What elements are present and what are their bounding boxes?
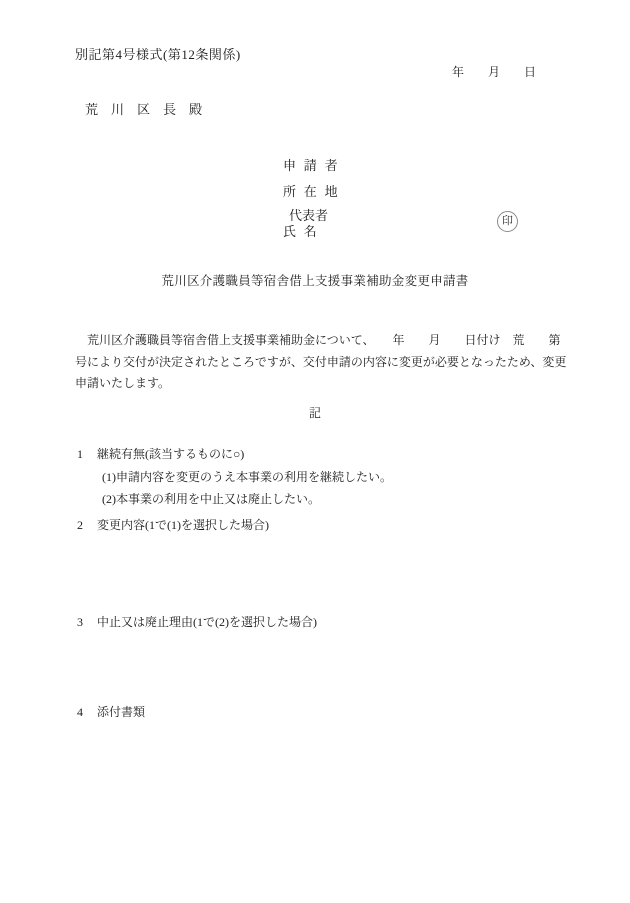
item-1-number: 1 xyxy=(77,446,97,462)
form-number-label: 別記第4号様式(第12条関係) xyxy=(75,47,241,63)
item-2-number: 2 xyxy=(77,517,97,533)
item-4-number: 4 xyxy=(77,704,97,720)
list-item-4: 4添付書類 xyxy=(77,704,145,720)
list-item-1: 1継続有無(該当するものに○) xyxy=(77,446,244,462)
item-1-subitem-1: (1)申請内容を変更のうえ本事業の利用を継続したい。 xyxy=(102,469,392,485)
document-page: 別記第4号様式(第12条関係) 年 月 日 荒 川 区 長 殿 申 請 者 所 … xyxy=(0,0,630,903)
applicant-label: 申 請 者 xyxy=(283,158,338,174)
seal-mark: 印 xyxy=(497,211,518,232)
item-1-subitem-2: (2)本事業の利用を中止又は廃止したい。 xyxy=(102,491,320,507)
document-title: 荒川区介護職員等宿舎借上支援事業補助金変更申請書 xyxy=(0,273,630,290)
applicant-section: 申 請 者 所 在 地 代表者 氏 名 xyxy=(283,158,338,240)
item-3-number: 3 xyxy=(77,614,97,630)
date-line: 年 月 日 xyxy=(452,64,536,80)
item-1-label: 継続有無(該当するものに○) xyxy=(97,447,244,461)
body-line-1: 荒川区介護職員等宿舎借上支援事業補助金について、 年 月 日付け 荒 第 xyxy=(75,330,575,352)
body-line-2: 号により交付が決定されたところですが、交付申請の内容に変更が必要となったため、変… xyxy=(75,352,575,374)
list-item-3: 3中止又は廃止理由(1で(2)を選択した場合) xyxy=(77,614,317,630)
item-2-label: 変更内容(1で(1)を選択した場合) xyxy=(97,518,269,532)
body-paragraph: 荒川区介護職員等宿舎借上支援事業補助金について、 年 月 日付け 荒 第 号によ… xyxy=(75,330,575,395)
item-4-label: 添付書類 xyxy=(97,705,145,719)
name-label: 氏 名 xyxy=(283,224,338,240)
address-label: 所 在 地 xyxy=(283,184,338,200)
record-heading: 記 xyxy=(0,405,630,421)
addressee-label: 荒 川 区 長 殿 xyxy=(85,102,202,118)
body-line-3: 申請いたします。 xyxy=(75,373,575,395)
representative-label: 代表者 xyxy=(283,208,338,224)
item-3-label: 中止又は廃止理由(1で(2)を選択した場合) xyxy=(97,615,317,629)
list-item-2: 2変更内容(1で(1)を選択した場合) xyxy=(77,517,269,533)
